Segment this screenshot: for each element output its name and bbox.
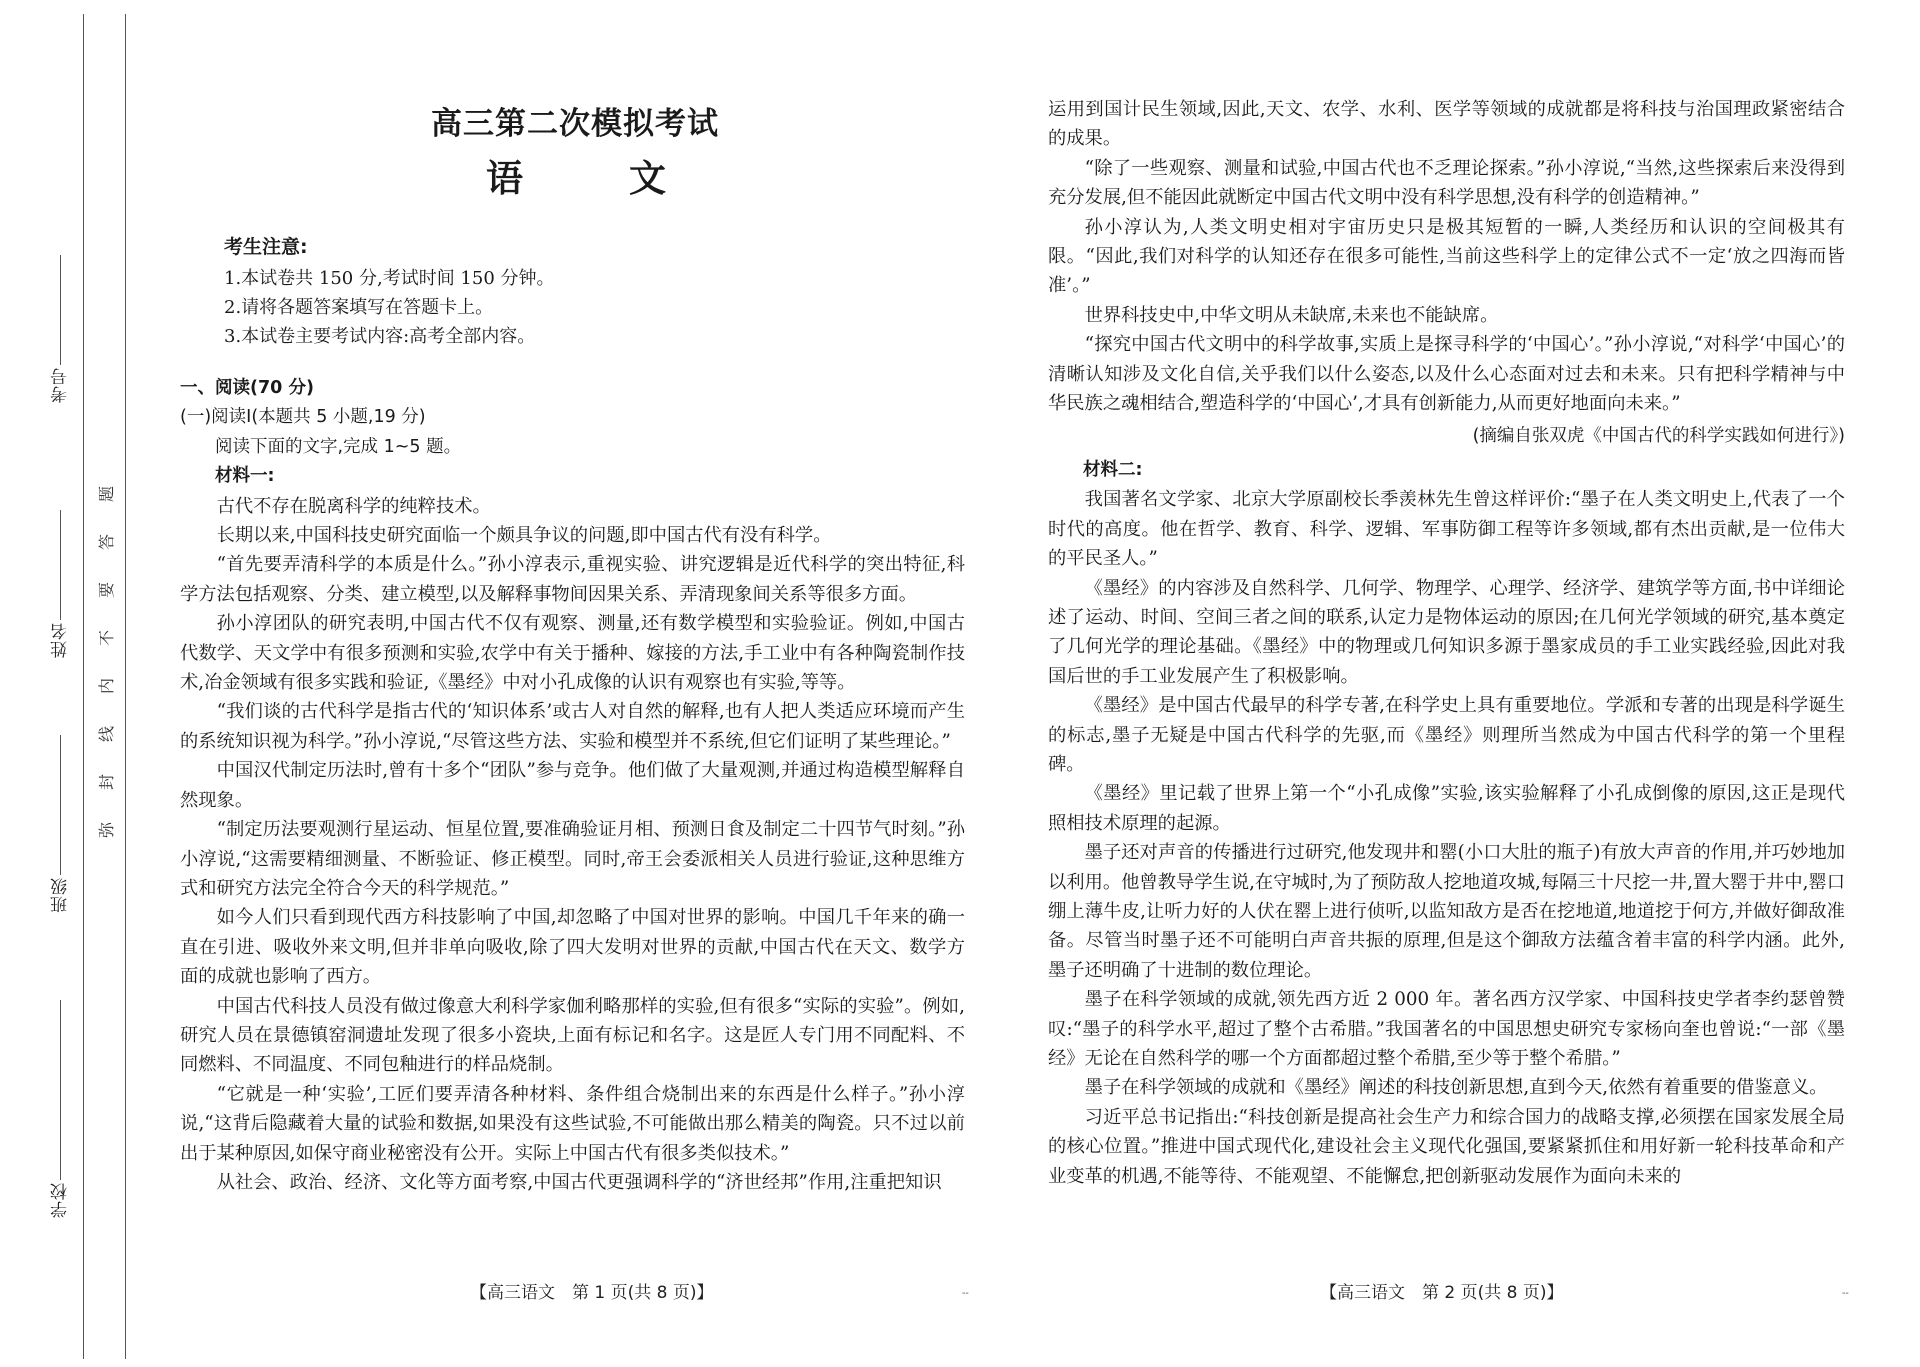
notice-item: 1.本试卷共 150 分,考试时间 150 分钟。 [224,264,555,293]
paragraph: 墨子在科学领域的成就和《墨经》阐述的科技创新思想,直到今天,依然有着重要的借鉴意… [1048,1073,1845,1102]
name-blank[interactable] [60,510,61,620]
seal-char: 内 [83,678,131,694]
name-label: 姓名 [48,622,73,658]
paragraph: 古代不存在脱离科学的纯粹技术。 [180,492,965,521]
notice-item: 3.本试卷主要考试内容:高考全部内容。 [224,322,555,351]
notice-item: 2.请将各题答案填写在答题卡上。 [224,293,555,322]
section-heading: 一、阅读(70 分) [180,374,965,403]
paragraph: “制定历法要观测行星运动、恒星位置,要准确验证月相、预测日食及制定二十四节气时刻… [180,815,965,903]
paragraph: 墨子还对声音的传播进行过研究,他发现井和罂(小口大肚的瓶子)有放大声音的作用,并… [1048,838,1845,985]
exam-title: 高三第二次模拟考试 [425,98,725,143]
seal-char: 弥 [83,822,131,838]
class-blank[interactable] [60,735,61,875]
candidate-notice: 考生注意: 1.本试卷共 150 分,考试时间 150 分钟。 2.请将各题答案… [224,232,555,351]
paragraph: 世界科技史中,中华文明从未缺席,未来也不能缺席。 [1048,301,1845,330]
paragraph: 孙小淳认为,人类文明史相对宇宙历史只是极其短暂的一瞬,人类经历和认识的空间极其有… [1048,213,1845,301]
material-two-label: 材料二: [1048,456,1845,485]
instruction: 阅读下面的文字,完成 1~5 题。 [180,433,965,462]
material-one-label: 材料一: [180,462,965,491]
school-blank[interactable] [60,1000,61,1180]
page-1-corner-mark: -- [962,1288,969,1299]
paragraph: 中国古代科技人员没有做过像意大利科学家伽利略那样的实验,但有很多“实际的实验”。… [180,992,965,1080]
paragraph: 如今人们只看到现代西方科技影响了中国,却忽略了中国对世界的影响。中国几千年来的确… [180,903,965,991]
seal-char: 封 [83,774,131,790]
subsection-heading: (一)阅读Ⅰ(本题共 5 小题,19 分) [180,403,965,432]
field-exam-number[interactable]: 考号 [48,255,72,403]
paragraph-continuation: 运用到国计民生领域,因此,天文、农学、水利、医学等领域的成就都是将科技与治国理政… [1048,95,1845,154]
seal-char: 题 [83,486,131,502]
paragraph: “首先要弄清科学的本质是什么。”孙小淳表示,重视实验、讲究逻辑是近代科学的突出特… [180,550,965,609]
paragraph: 习近平总书记指出:“科技创新是提高社会生产力和综合国力的战略支撑,必须摆在国家发… [1048,1103,1845,1191]
seal-line-notice: 题 答 要 不 内 线 封 弥 [95,470,119,854]
field-class[interactable]: 班级 [48,735,72,913]
seal-char: 线 [83,726,131,742]
exam-number-blank[interactable] [60,255,61,365]
paragraph: 我国著名文学家、北京大学原副校长季羡林先生曾这样评价:“墨子在人类文明史上,代表… [1048,485,1845,573]
seal-char: 要 [83,582,131,598]
page-2-body: 运用到国计民生领域,因此,天文、农学、水利、医学等领域的成就都是将科技与治国理政… [1048,95,1845,1191]
school-label: 学校 [48,1182,73,1218]
paragraph: “探究中国古代文明中的科学故事,实质上是探寻科学的‘中国心’。”孙小淳说,“对科… [1048,330,1845,418]
paragraph: 《墨经》的内容涉及自然科学、几何学、物理学、心理学、经济学、建筑学等方面,书中详… [1048,574,1845,692]
seal-char: 答 [83,534,131,550]
paragraph: 从社会、政治、经济、文化等方面考察,中国古代更强调科学的“济世经邦”作用,注重把… [180,1168,965,1197]
paragraph: “我们谈的古代科学是指古代的‘知识体系’或古人对自然的解释,也有人把人类适应环境… [180,697,965,756]
page-2-footer: 【高三语文 第 2 页(共 8 页)】 [1320,1278,1564,1303]
paragraph: 《墨经》是中国古代最早的科学专著,在科学史上具有重要地位。学派和专著的出现是科学… [1048,691,1845,779]
page-2-corner-mark: -- [1842,1288,1849,1299]
paragraph: 《墨经》里记载了世界上第一个“小孔成像”实验,该实验解释了小孔成倒像的原因,这正… [1048,779,1845,838]
source-citation: (摘编自张双虎《中国古代的科学实践如何进行》) [1048,418,1845,455]
subject-char: 文 [629,148,666,202]
notice-heading: 考生注意: [224,232,555,259]
paragraph: 中国汉代制定历法时,曾有十多个“团队”参与竞争。他们做了大量观测,并通过构造模型… [180,756,965,815]
class-label: 班级 [48,877,73,913]
paragraph: “除了一些观察、测量和试验,中国古代也不乏理论探索。”孙小淳说,“当然,这些探索… [1048,154,1845,213]
paragraph: “它就是一种‘实验’,工匠们要弄清各种材料、条件组合烧制出来的东西是什么样子。”… [180,1080,965,1168]
subject-title: 语 文 [486,148,666,202]
exam-number-label: 考号 [48,367,73,403]
subject-char: 语 [486,148,523,202]
paragraph: 长期以来,中国科技史研究面临一个颇具争议的问题,即中国古代有没有科学。 [180,521,965,550]
seal-char: 不 [83,630,131,646]
page-1-footer: 【高三语文 第 1 页(共 8 页)】 [470,1278,714,1303]
field-name[interactable]: 姓名 [48,510,72,658]
paragraph: 孙小淳团队的研究表明,中国古代不仅有观察、测量,还有数学模型和实验验证。例如,中… [180,609,965,697]
paragraph: 墨子在科学领域的成就,领先西方近 2 000 年。著名西方汉学家、中国科技史学者… [1048,985,1845,1073]
page-1-body: 一、阅读(70 分) (一)阅读Ⅰ(本题共 5 小题,19 分) 阅读下面的文字… [180,374,965,1197]
field-school[interactable]: 学校 [48,1000,72,1218]
